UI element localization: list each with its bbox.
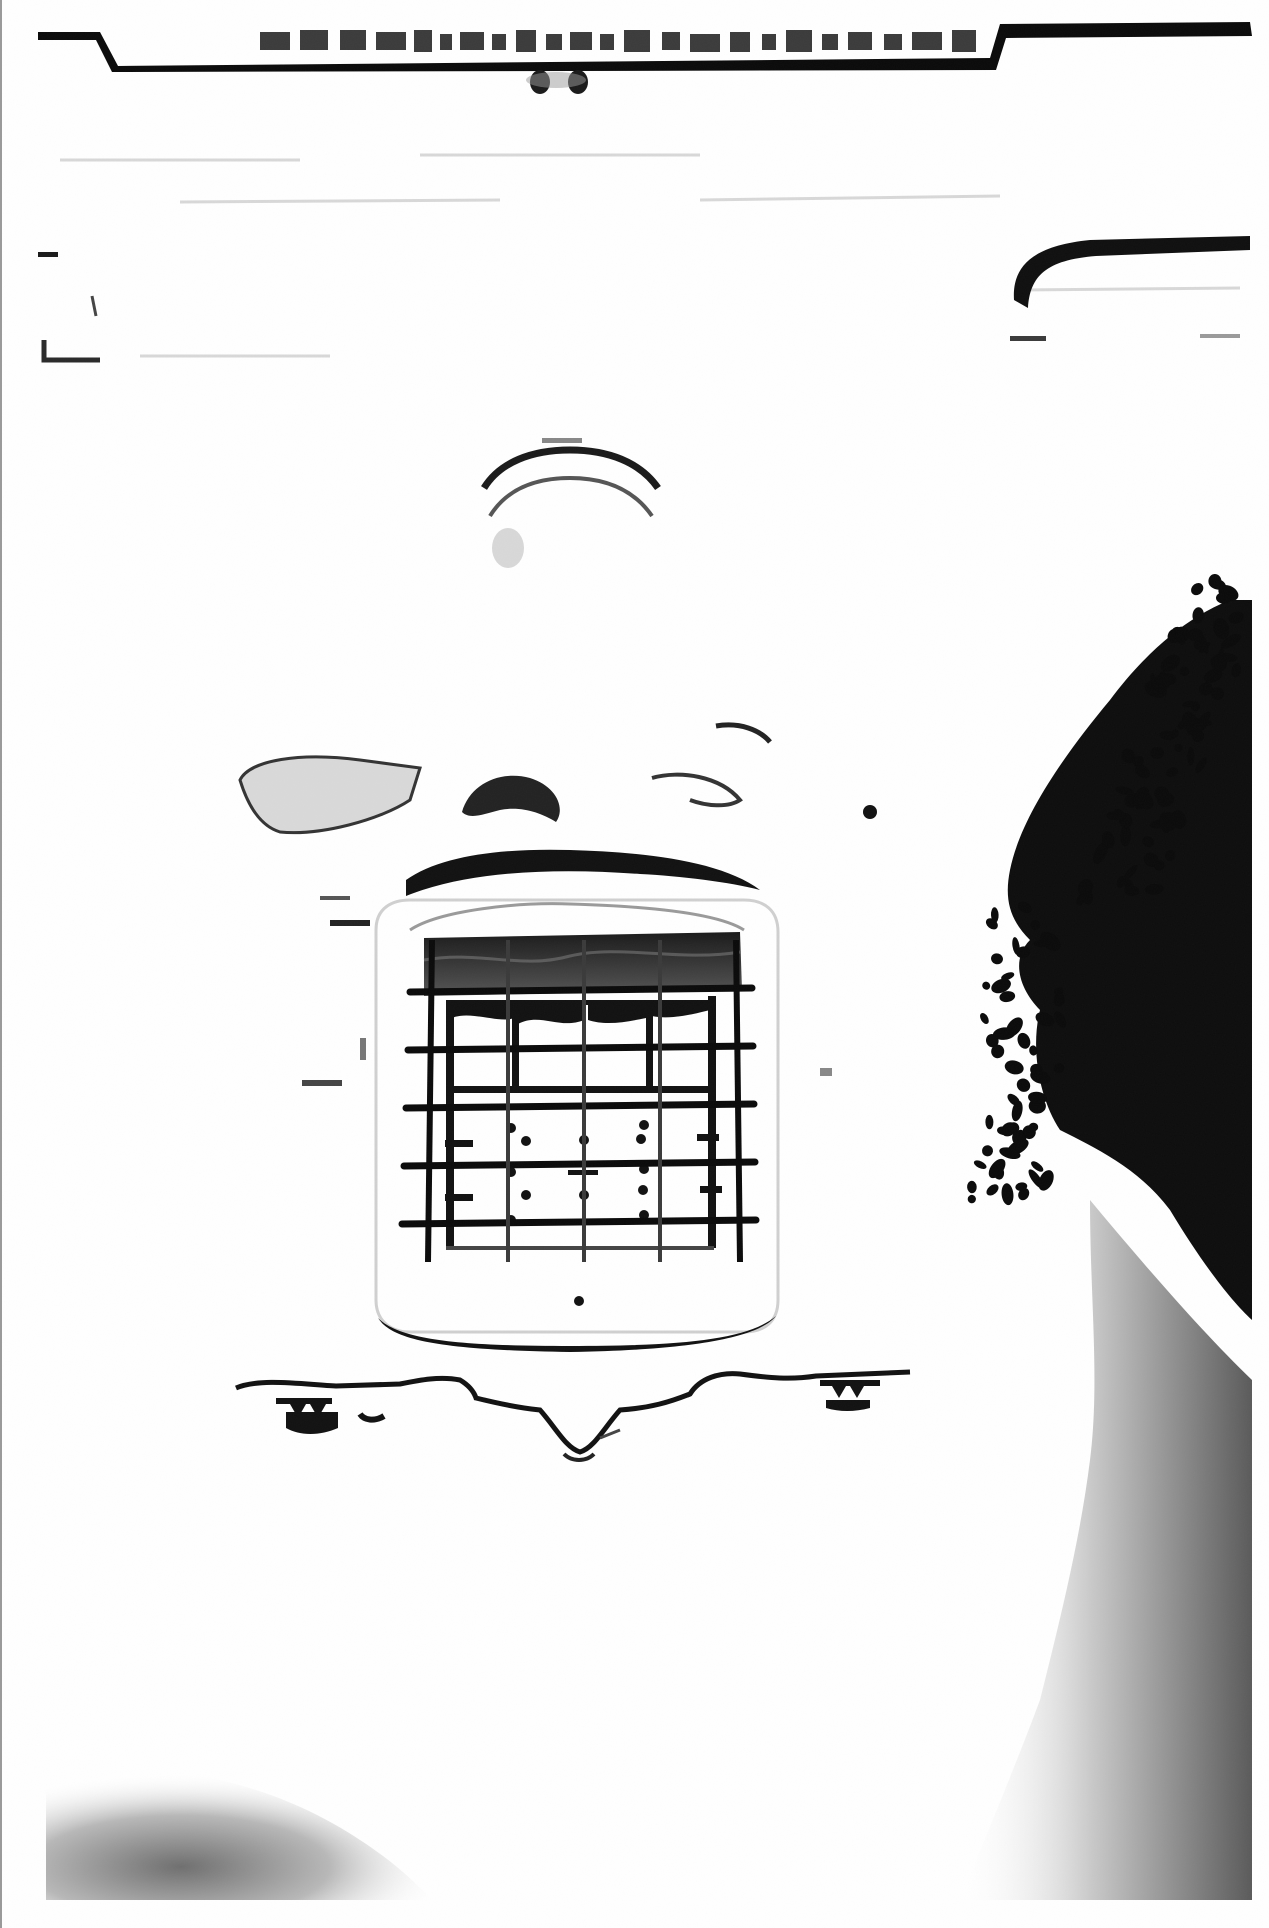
- scene-canvas: [0, 0, 1269, 1928]
- facade-photograph: [0, 0, 1269, 1928]
- photo-border: [0, 0, 2, 1928]
- film-grain: [0, 0, 1269, 1928]
